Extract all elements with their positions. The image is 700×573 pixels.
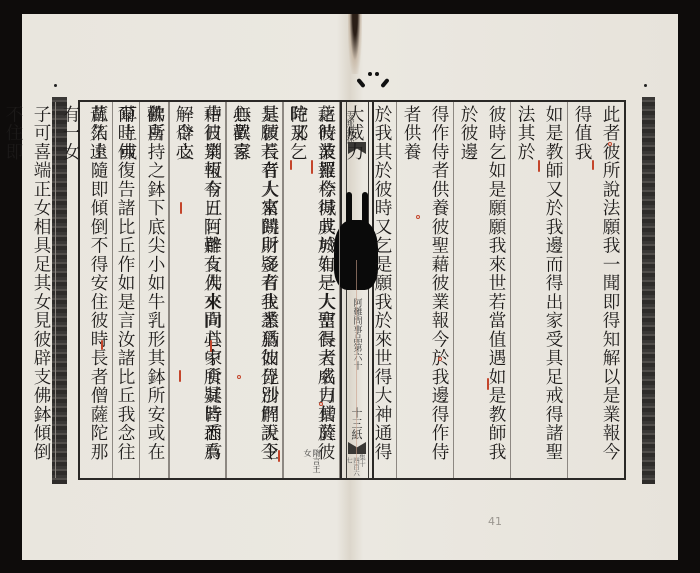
red-punctuation-mark [592, 160, 594, 170]
text-column: 佛所持之鉢下底尖小如牛乳形其鉢所安或在草上或 [112, 102, 169, 478]
red-circle-mark [416, 215, 420, 219]
pinhole [644, 84, 647, 87]
red-punctuation-mark [179, 370, 181, 382]
interlinear-note: 隋言王女 [303, 449, 321, 478]
left-page-text: 之時波羅㮈城其城有一大富長者名曰僧薩陀那隋言王女 其彼長者大富饒財多有生業猶如毘… [80, 102, 340, 478]
fold-stain [348, 14, 362, 74]
red-punctuation-mark [210, 340, 212, 352]
text-column: 彼時乞如是願願我來世若當值遇如是教師我於彼邊 [453, 102, 510, 478]
text-column: 得作侍者供養彼聖藉彼業報今於我邊得作侍者供養 [396, 102, 453, 478]
red-circle-mark [237, 375, 241, 379]
red-circle-mark [608, 142, 612, 146]
pinhole [54, 84, 57, 87]
red-punctuation-mark [278, 450, 280, 462]
red-punctuation-mark [180, 202, 182, 214]
right-outer-border [642, 97, 655, 484]
red-circle-mark [438, 357, 442, 361]
text-column: 中日別恆有五百辟支佛來向其家食其時而有一辟支 [169, 102, 226, 478]
red-punctuation-mark [290, 160, 292, 170]
red-circle-mark [319, 402, 323, 406]
red-punctuation-mark [538, 160, 540, 172]
text-column: 其彼長者大富饒財多有生業猶如毘沙門天王無異家 [226, 102, 283, 478]
text-column-main: 之時波羅㮈城其城有一大富長者名曰僧薩陀那 [284, 105, 340, 449]
center-fold-mark [359, 72, 389, 92]
red-punctuation-mark [101, 340, 103, 350]
text-column: 如是教師又於我邊而得出家受具足戒得諸聖法其於 [510, 102, 567, 478]
text-column: 於我其於彼時又乞是願我於來世得大神通得大威力 [339, 102, 396, 478]
text-column: 之時波羅㮈城其城有一大富長者名曰僧薩陀那隋言王女 [283, 102, 340, 478]
red-punctuation-mark [487, 378, 489, 390]
pencil-folio-mark: 41 [488, 515, 502, 528]
text-column: 此者彼所說法願我一聞即得知解以是業報今得值我 [567, 102, 624, 478]
text-column: 蓏箔上隨即傾倒不得安住彼時長者僧薩陀那有一女 [55, 102, 112, 478]
right-page-text: 此者彼所說法願我一聞即得知解以是業報今得值我 如是教師又於我邊而得出家受具足戒得… [374, 102, 624, 478]
text-column: 子可喜端正女相具足其女見彼辟支佛鉢傾倒不住即 [0, 102, 55, 478]
red-punctuation-mark [311, 160, 313, 174]
